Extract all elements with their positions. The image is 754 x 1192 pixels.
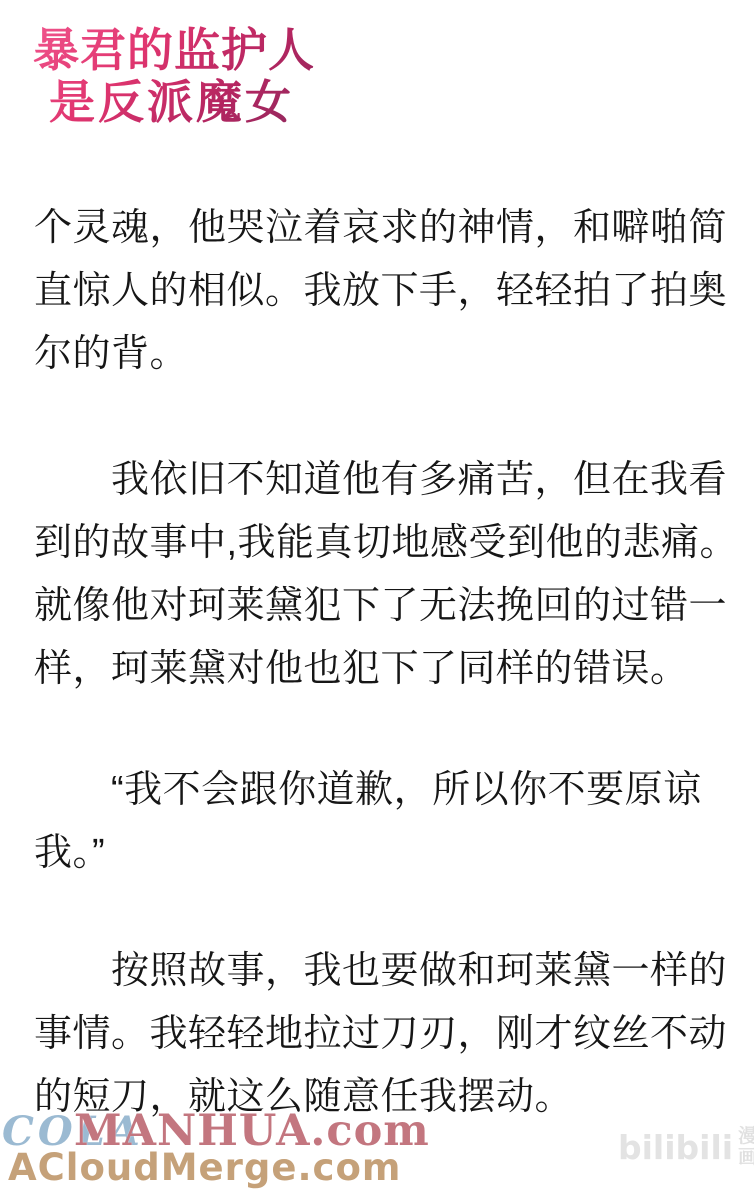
text-line: 就像他对珂莱黛犯下了无法挽回的过错一: [34, 575, 744, 638]
body-paragraph: 我依旧不知道他有多痛苦，但在我看 到的故事中,我能真切地感受到他的悲痛。 就像他…: [34, 449, 744, 701]
text-line: 尔的背。: [34, 323, 744, 386]
series-logo: 暴君的监护人 是反派魔女: [33, 24, 315, 128]
series-logo-line1: 暴君的监护人: [33, 24, 315, 76]
bilibili-manhua-char2: 画: [738, 1147, 754, 1168]
watermark-acloudmerge: ACloudMerge.com: [8, 1146, 401, 1189]
text-line: 样，珂莱黛对他也犯下了同样的错误。: [34, 638, 744, 701]
text-line: 直惊人的相似。我放下手，轻轻拍了拍奥: [34, 260, 744, 323]
bilibili-manhua-logo: bilibili 漫 画: [618, 1126, 754, 1168]
body-paragraph: 按照故事，我也要做和珂莱黛一样的 事情。我轻轻地拉过刀刃，刚才纹丝不动 的短刀，…: [34, 940, 744, 1129]
bilibili-manhua-label: 漫 画: [738, 1126, 754, 1168]
series-logo-line2: 是反派魔女: [49, 76, 315, 128]
text-line: 个灵魂，他哭泣着哀求的神情，和噼啪简: [34, 197, 744, 260]
text-line: 我。”: [34, 822, 744, 885]
bilibili-manhua-char1: 漫: [738, 1126, 754, 1147]
text-line: 事情。我轻轻地拉过刀刃，刚才纹丝不动: [34, 1003, 744, 1066]
comic-text-page: 暴君的监护人 是反派魔女 个灵魂，他哭泣着哀求的神情，和噼啪简 直惊人的相似。我…: [0, 0, 754, 1192]
body-paragraph-dialogue: “我不会跟你道歉，所以你不要原谅 我。”: [34, 759, 744, 885]
body-paragraph: 个灵魂，他哭泣着哀求的神情，和噼啪简 直惊人的相似。我放下手，轻轻拍了拍奥 尔的…: [34, 197, 744, 386]
text-line: 到的故事中,我能真切地感受到他的悲痛。: [34, 512, 744, 575]
text-line: 我依旧不知道他有多痛苦，但在我看: [34, 449, 744, 512]
text-line: “我不会跟你道歉，所以你不要原谅: [34, 759, 744, 822]
bilibili-wordmark: bilibili: [618, 1128, 733, 1167]
text-line: 按照故事，我也要做和珂莱黛一样的: [34, 940, 744, 1003]
